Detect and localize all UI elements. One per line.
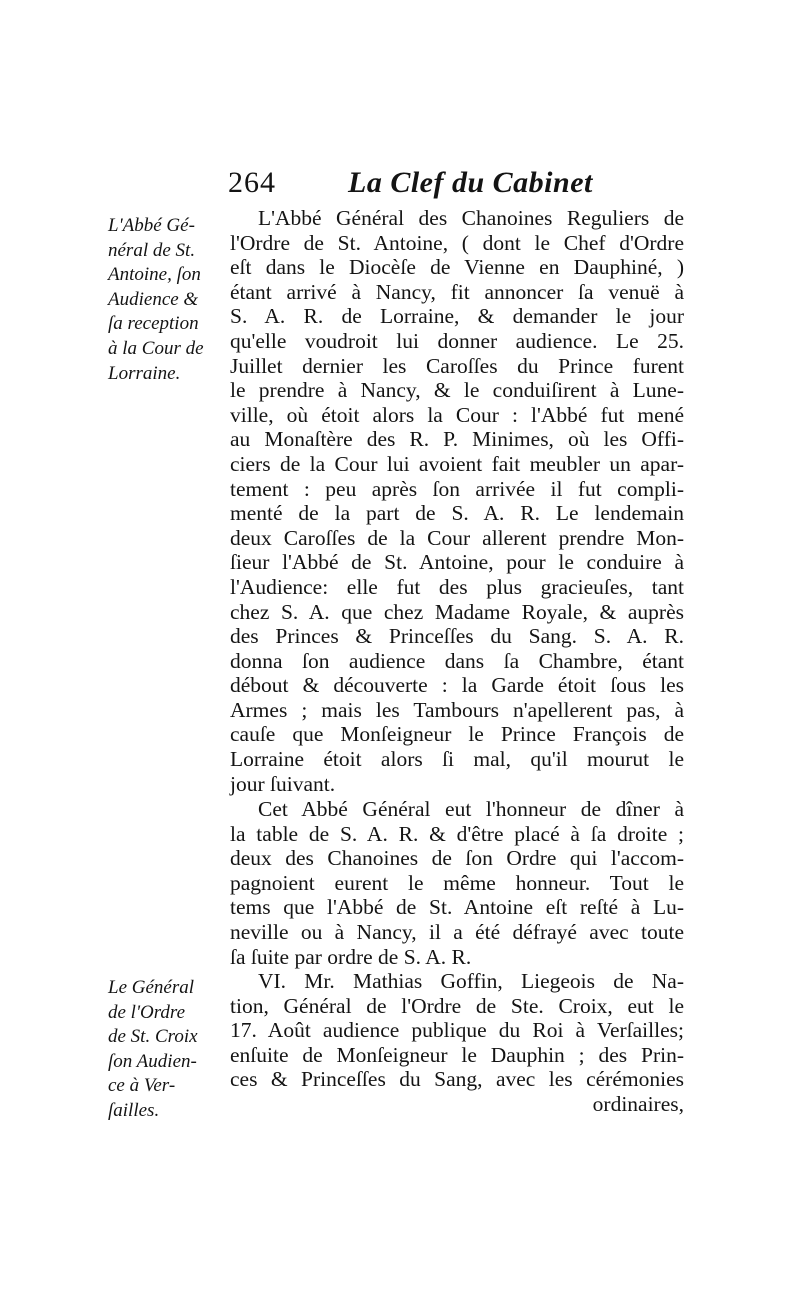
margin-note-line: ce à Ver- [108, 1074, 226, 1099]
text-line: ces & Princeſſes du Sang, avec les cérém… [230, 1067, 684, 1092]
text-line: Juillet dernier les Caroſſes du Prince f… [230, 354, 684, 379]
paragraph-goffin: VI. Mr. Mathias Goffin, Liegeois de Na- … [230, 969, 684, 1117]
margin-note-line: ſon Audien- [108, 1050, 226, 1075]
text-line: menté de la part de S. A. R. Le lendemai… [230, 501, 684, 526]
margin-note-line: Le Général [108, 976, 226, 1001]
text-line: cauſe que Monſeigneur le Prince François… [230, 722, 684, 747]
text-line: 17. Août audience publique du Roi à Verſ… [230, 1018, 684, 1043]
text-line: tion, Général de l'Ordre de Ste. Croix, … [230, 994, 684, 1019]
text-line: Armes ; mais les Tambours n'apellerent p… [230, 698, 684, 723]
text-line: débout & découverte : la Garde étoit ſou… [230, 673, 684, 698]
margin-note-line: L'Abbé Gé- [108, 214, 226, 239]
text-line: neville ou à Nancy, il a été défrayé ave… [230, 920, 684, 945]
text-line: l'Ordre de St. Antoine, ( dont le Chef d… [230, 231, 684, 256]
text-line: ciers de la Cour lui avoient fait meuble… [230, 452, 684, 477]
text-line: deux Caroſſes de la Cour allerent prendr… [230, 526, 684, 551]
text-line: VI. Mr. Mathias Goffin, Liegeois de Na- [230, 969, 684, 994]
margin-note-line: à la Cour de [108, 337, 226, 362]
margin-note-line: ſailles. [108, 1099, 226, 1124]
text-line: jour ſuivant. [230, 772, 684, 797]
text-line: eſt dans le Diocèſe de Vienne en Dauphin… [230, 255, 684, 280]
text-line: chez S. A. que chez Madame Royale, & aup… [230, 600, 684, 625]
text-line: Cet Abbé Général eut l'honneur de dîner … [230, 797, 684, 822]
text-line: au Monaſtère des R. P. Minimes, où les O… [230, 427, 684, 452]
margin-note-line: de St. Croix [108, 1025, 226, 1050]
margin-note-line: Audience & [108, 288, 226, 313]
page-header: 264 La Clef du Cabinet [228, 166, 688, 206]
text-line: Lorraine étoit alors ſi mal, qu'il mouru… [230, 747, 684, 772]
text-line: ſa ſuite par ordre de S. A. R. [230, 945, 684, 970]
text-line: S. A. R. de Lorraine, & demander le jour [230, 304, 684, 329]
text-line: étant arrivé à Nancy, fit annoncer ſa ve… [230, 280, 684, 305]
margin-note-line: Antoine, ſon [108, 263, 226, 288]
text-line: ſieur l'Abbé de St. Antoine, pour le con… [230, 550, 684, 575]
text-line: la table de S. A. R. & d'être placé à ſa… [230, 822, 684, 847]
margin-note-line: ſa reception [108, 312, 226, 337]
margin-note-abbe-antoine: L'Abbé Gé- néral de St. Antoine, ſon Aud… [108, 214, 226, 386]
text-line: L'Abbé Général des Chanoines Reguliers d… [230, 206, 684, 231]
margin-note-line: néral de St. [108, 239, 226, 264]
text-line: qu'elle voudroit lui donner audience. Le… [230, 329, 684, 354]
running-title: La Clef du Cabinet [348, 166, 593, 200]
text-line: tement : peu après ſon arrivée il fut co… [230, 477, 684, 502]
text-line: enſuite de Monſeigneur le Dauphin ; des … [230, 1043, 684, 1068]
paragraph-abbe-audience: L'Abbé Général des Chanoines Reguliers d… [230, 206, 684, 796]
book-page: 264 La Clef du Cabinet L'Abbé Gé- néral … [0, 0, 800, 1304]
text-line: deux des Chanoines de ſon Ordre qui l'ac… [230, 846, 684, 871]
page-number: 264 [228, 166, 276, 200]
text-line: tems que l'Abbé de St. Antoine eſt reſté… [230, 895, 684, 920]
text-line: l'Audience: elle fut des plus gracieuſes… [230, 575, 684, 600]
margin-note-line: de l'Ordre [108, 1001, 226, 1026]
text-line: donna ſon audience dans ſa Chambre, étan… [230, 649, 684, 674]
paragraph-diner: Cet Abbé Général eut l'honneur de dîner … [230, 797, 684, 969]
text-line: des Princes & Princeſſes du Sang. S. A. … [230, 624, 684, 649]
margin-note-general-croix: Le Général de l'Ordre de St. Croix ſon A… [108, 976, 226, 1124]
text-line: ville, où étoit alors la Cour : l'Abbé f… [230, 403, 684, 428]
text-line: le prendre à Nancy, & le conduiſirent à … [230, 378, 684, 403]
margin-note-line: Lorraine. [108, 362, 226, 387]
catchword: ordinaires, [230, 1092, 684, 1117]
text-line: pagnoient eurent le même honneur. Tout l… [230, 871, 684, 896]
